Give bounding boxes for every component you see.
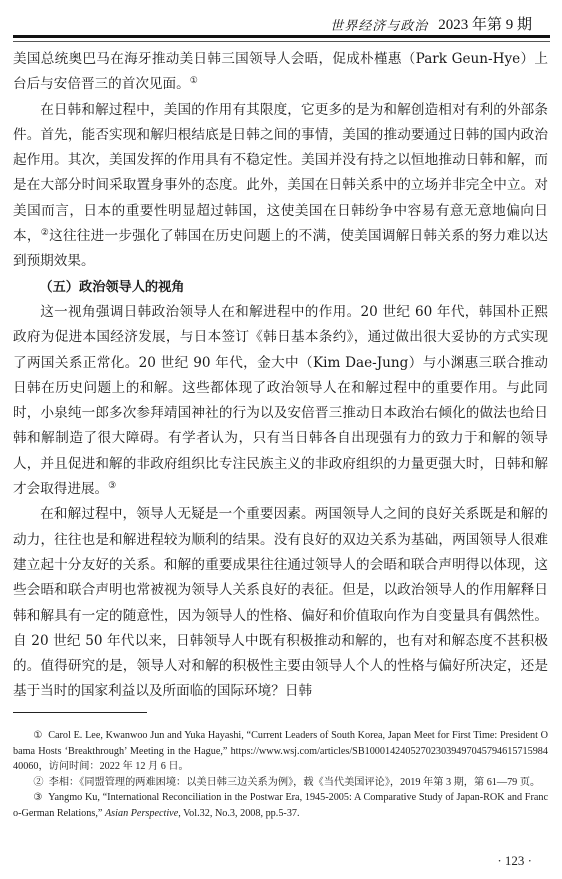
journal-name: 世界经济与政治 — [330, 15, 428, 34]
paragraph: 在日韩和解过程中，美国的作用有其限度，它更多的是为和解创造相对有利的外部条件。首… — [13, 98, 548, 275]
issue-label: 2023 年第 9 期 — [438, 13, 532, 34]
paragraph: 在和解过程中，领导人无疑是一个重要因素。两国领导人之间的良好关系既是和解的动力，… — [13, 502, 548, 704]
footnote-ref-2[interactable]: ② — [41, 228, 49, 238]
page-number: · 123 · — [497, 853, 532, 869]
journal-title: Asian Perspective — [105, 808, 178, 819]
footnote-3: ③ Yangmo Ku, “International Reconciliati… — [13, 790, 548, 821]
footnote-1: ① Carol E. Lee, Kwanwoo Jun and Yuka Hay… — [13, 728, 548, 775]
footnote-ref-1[interactable]: ① — [190, 76, 198, 86]
header-rule-thick — [13, 35, 550, 38]
paragraph: 这一视角强调日韩政治领导人在和解进程中的作用。20 世纪 60 年代，韩国朴正熙… — [13, 300, 548, 502]
footnotes: ① Carol E. Lee, Kwanwoo Jun and Yuka Hay… — [13, 728, 548, 821]
footnote-2: ② 李相：《同盟管理的两难困境：以美日韩三边关系为例》，载《当代美国评论》，20… — [13, 775, 548, 791]
running-header: 世界经济与政治 2023 年第 9 期 — [13, 12, 532, 34]
footnote-divider — [13, 712, 147, 713]
main-text: 美国总统奥巴马在海牙推动美日韩三国领导人会晤，促成朴槿惠（Park Geun-H… — [13, 47, 548, 705]
footnote-ref-3[interactable]: ③ — [108, 481, 116, 491]
paragraph: 美国总统奥巴马在海牙推动美日韩三国领导人会晤，促成朴槿惠（Park Geun-H… — [13, 47, 548, 98]
section-heading: （五）政治领导人的视角 — [13, 275, 548, 300]
header-rule-thin — [13, 41, 550, 42]
